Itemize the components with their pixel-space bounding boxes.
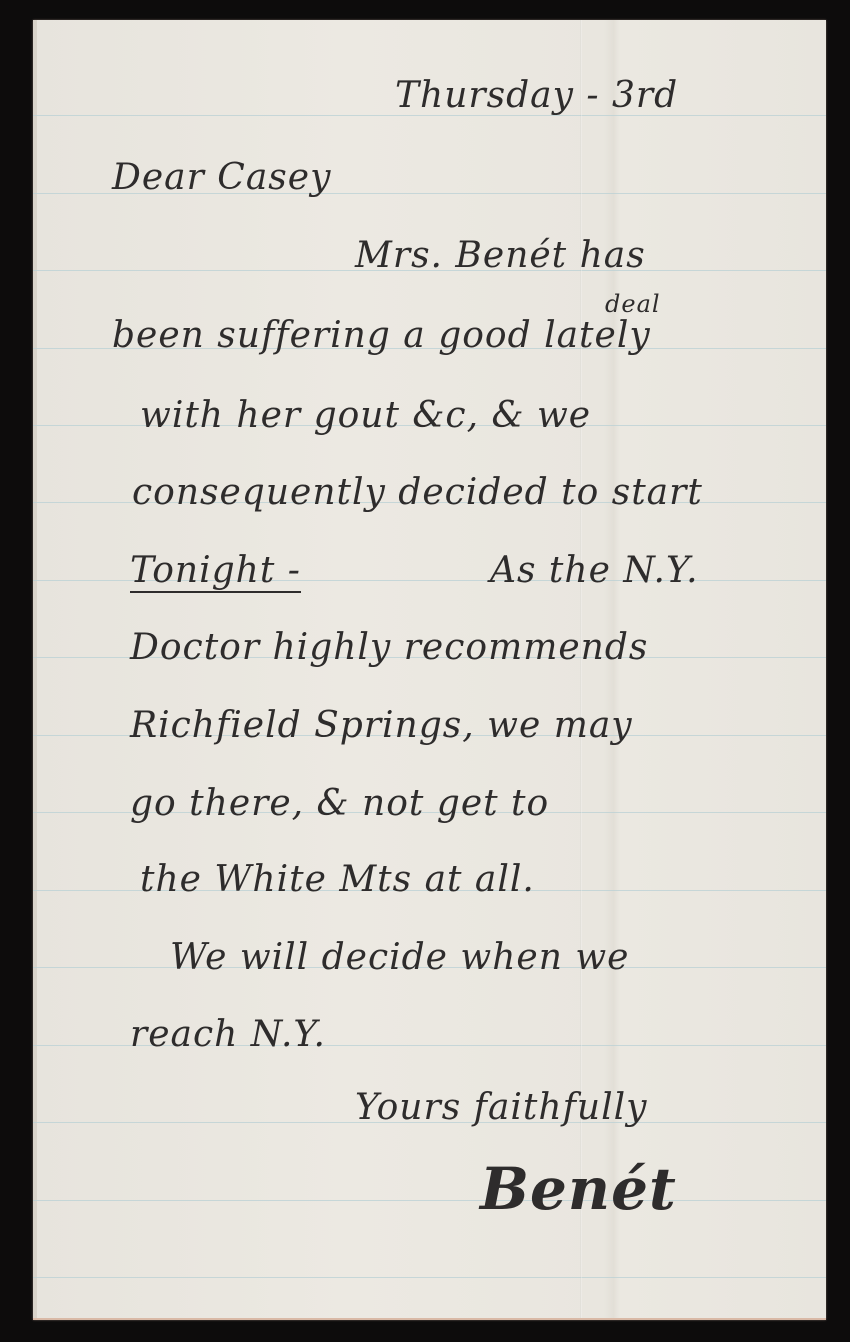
letter-line: reach N.Y. [130,1017,326,1053]
letter-line-emphasis: Tonight - [130,553,301,593]
letter-line: Mrs. Benét has [355,238,646,274]
letter-line: the White Mts at all. [140,862,535,898]
dateline: Thursday - 3rd [395,78,678,114]
signature: Benét [480,1160,677,1218]
salutation: Dear Casey [112,160,331,196]
letter-line: go there, & not get to [130,786,549,822]
letter-line: Richfield Springs, we may [130,708,633,744]
letter-line: As the N.Y. [490,553,699,589]
letter-insertion: deal [605,292,661,316]
closing: Yours faithfully [355,1090,647,1126]
letter-line: Doctor highly recommends [130,630,648,666]
letter-line: consequently decided to start [132,475,703,511]
ruled-line [33,1277,826,1278]
letter-line: We will decide when we [170,940,629,976]
ruled-line [33,1200,826,1201]
letter-line: been suffering a good lately [112,318,651,354]
letter-line: with her gout &c, & we [140,398,591,434]
